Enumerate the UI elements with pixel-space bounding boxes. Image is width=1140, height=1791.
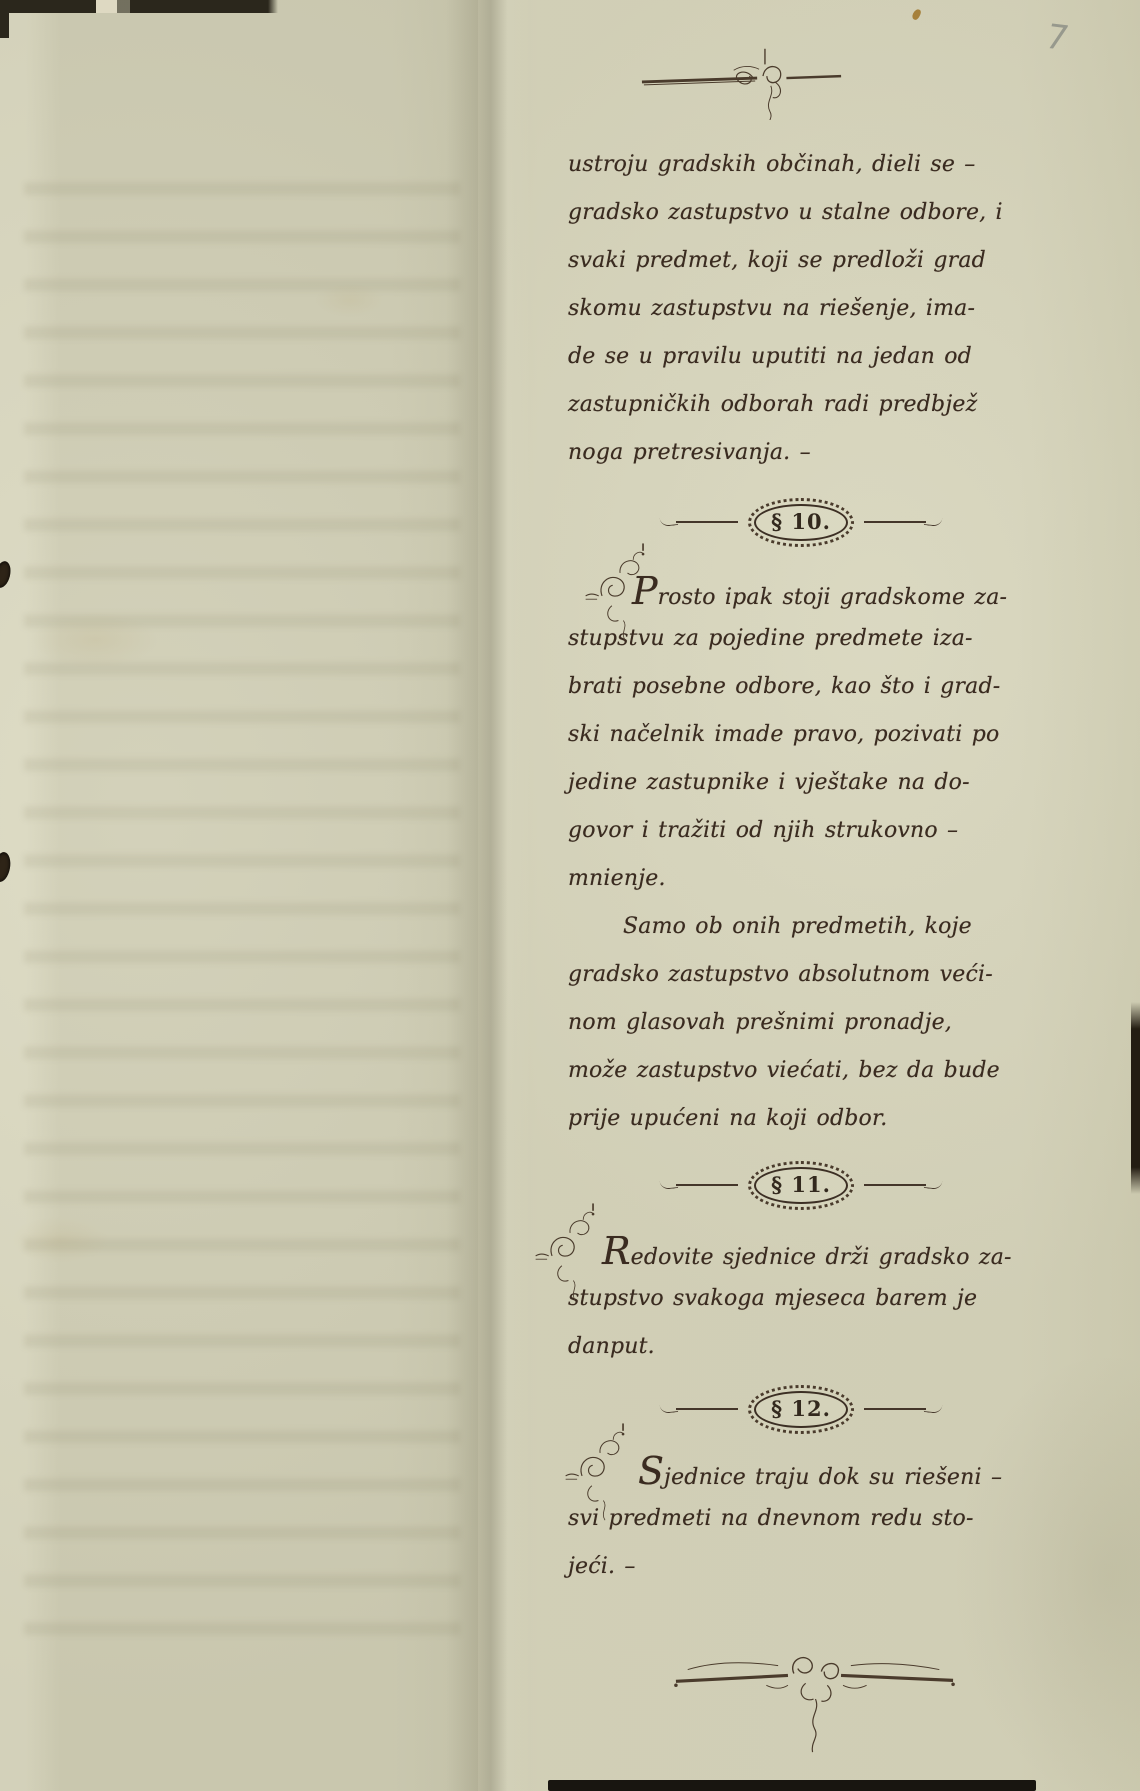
manuscript-line: ustroju gradskih občinah, dieli se – xyxy=(556,141,1016,189)
manuscript-line: brati posebne odbore, kao što i grad- xyxy=(556,663,1016,711)
section-heading-row: § 12. xyxy=(586,1371,1016,1447)
manuscript-line: ski načelnik imade pravo, pozivati po xyxy=(556,711,1016,759)
line-text: jednice traju dok su riešeni – xyxy=(664,1465,1002,1490)
manuscript-line: danput. xyxy=(556,1323,1016,1371)
manuscript-line: Samo ob onih predmetih, koje xyxy=(556,903,1016,951)
manuscript-line: svaki predmet, koji se predloži grad xyxy=(556,237,1016,285)
line-text: edovite sjednice drži gradsko za- xyxy=(631,1245,1012,1270)
manuscript-line: zastupničkih odborah radi predbjež xyxy=(556,381,1016,429)
scan-edge-top-left xyxy=(0,0,9,38)
handwritten-text-column: ustroju gradskih občinah, dieli se – gra… xyxy=(556,141,1016,1591)
manuscript-line: skomu zastupstvu na riešenje, ima- xyxy=(556,285,1016,333)
manuscript-line: mnienje. xyxy=(556,855,1016,903)
manuscript-line-with-initial: Sjednice traju dok su riešeni – xyxy=(556,1447,1016,1495)
section-heading: § 11. xyxy=(754,1167,848,1204)
manuscript-scan: 7 ustroju gradskih občinah, dieli se – g… xyxy=(0,0,1140,1791)
manuscript-line: govor i tražiti od njih strukovno – xyxy=(556,807,1016,855)
gutter-fold-shadow xyxy=(446,0,532,1791)
manuscript-line: jeći. – xyxy=(556,1543,1016,1591)
section-heading-badge: § 10. xyxy=(748,498,854,547)
cartouche-dash-icon xyxy=(864,1180,926,1190)
manuscript-line-with-initial: Redovite sjednice drži gradsko za- xyxy=(556,1227,1016,1275)
initial-flourish-icon xyxy=(584,535,666,647)
cartouche-dash-icon xyxy=(864,1404,926,1414)
page-edge-right xyxy=(1131,1002,1140,1194)
section-heading-badge: § 12. xyxy=(748,1385,854,1434)
manuscript-line: noga pretresivanja. – xyxy=(556,429,1016,477)
manuscript-line: de se u pravilu uputiti na jedan od xyxy=(556,333,1016,381)
initial-flourish-icon xyxy=(564,1415,646,1527)
section-heading-badge: § 11. xyxy=(748,1161,854,1210)
manuscript-line-with-initial: Prosto ipak stoji gradskome za- xyxy=(556,567,1016,615)
cartouche-dash-icon xyxy=(676,1180,738,1190)
manuscript-line: gradsko zastupstvo u stalne odbore, i xyxy=(556,189,1016,237)
manuscript-line: stupstvo svakoga mjeseca barem je xyxy=(556,1275,1016,1323)
cartouche-dash-icon xyxy=(676,1404,738,1414)
manuscript-line: jedine zastupnike i vještake na do- xyxy=(556,759,1016,807)
manuscript-line: nom glasovah prešnimi pronadje, xyxy=(556,999,1016,1047)
bottom-divider-flourish-icon xyxy=(672,1646,957,1758)
manuscript-line: može zastupstvo viećati, bez da bude xyxy=(556,1047,1016,1095)
line-text: rosto ipak stoji gradskome za- xyxy=(658,585,1008,610)
section-heading: § 10. xyxy=(754,504,848,541)
cartouche-dash-icon xyxy=(676,517,738,527)
manuscript-line: gradsko zastupstvo absolutnom veći- xyxy=(556,951,1016,999)
section-heading-row: § 11. xyxy=(586,1143,1016,1227)
cartouche-dash-icon xyxy=(864,517,926,527)
top-divider-flourish-icon xyxy=(640,40,845,120)
scan-edge-bottom xyxy=(548,1780,1036,1791)
verso-page-blank xyxy=(0,0,478,1791)
initial-flourish-icon xyxy=(534,1195,616,1307)
manuscript-line: prije upućeni na koji odbor. xyxy=(556,1095,1016,1143)
section-heading: § 12. xyxy=(754,1391,848,1428)
scan-edge-top xyxy=(0,0,282,13)
